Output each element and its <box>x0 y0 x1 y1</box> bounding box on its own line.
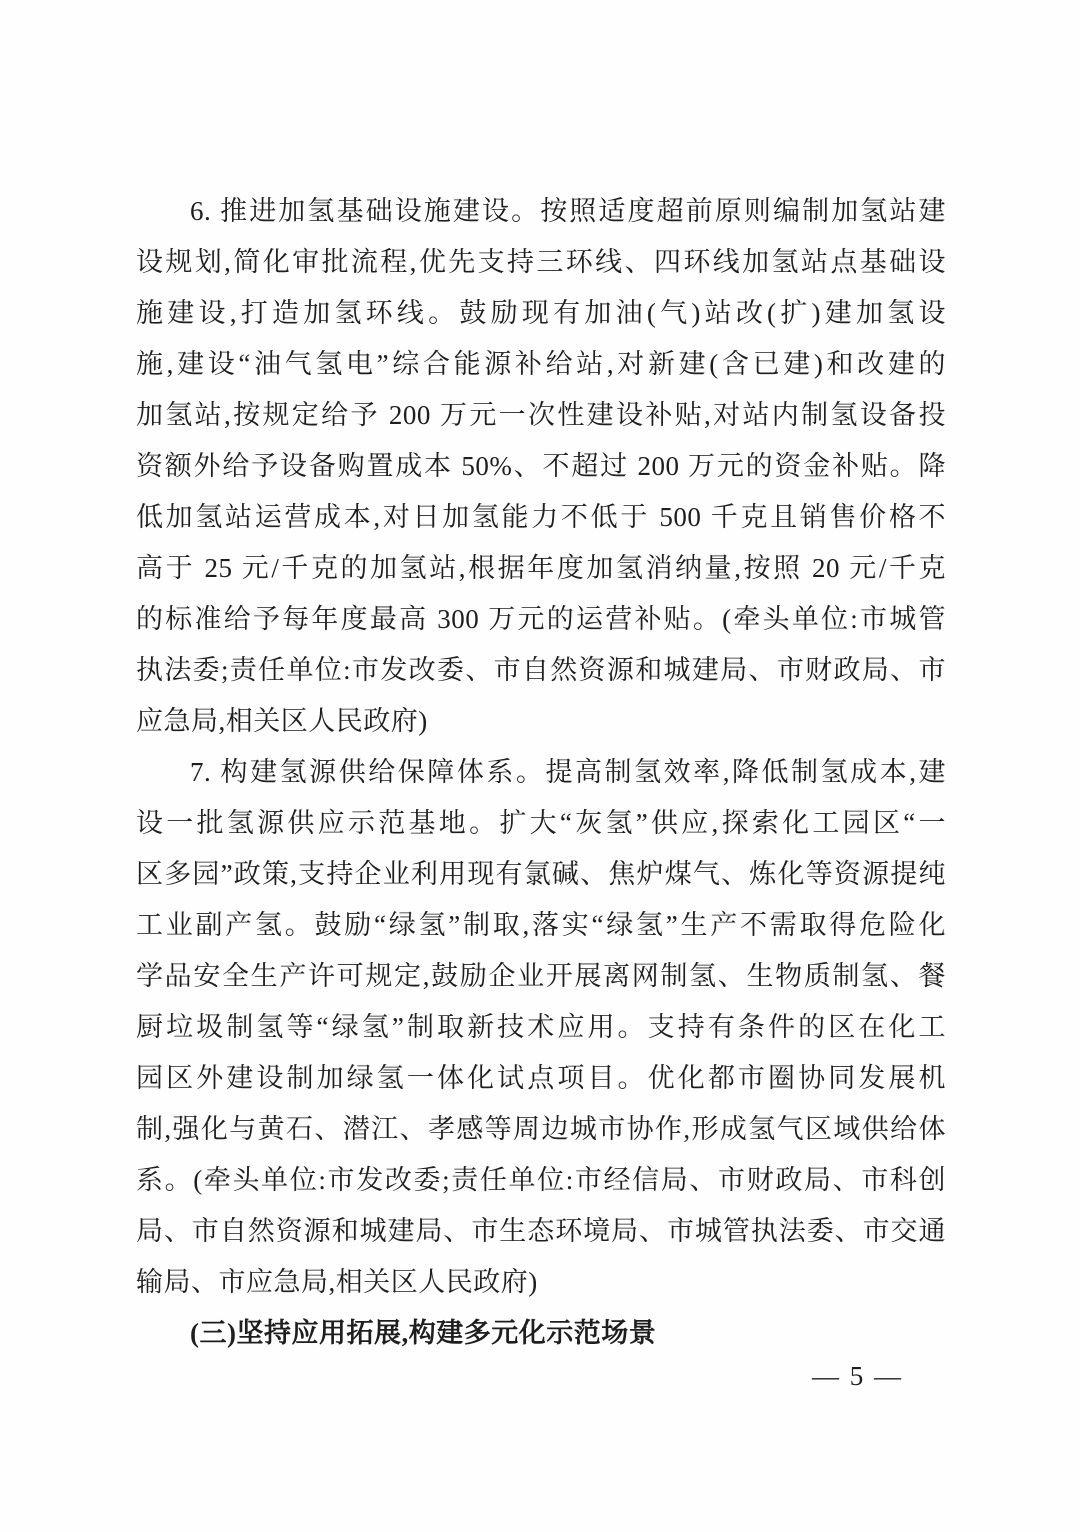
paragraph-7-line: 学品安全生产许可规定,鼓励企业开展离网制氢、生物质制氢、餐 <box>136 951 946 1002</box>
paragraph-6-line: 高于 25 元/千克的加氢站,根据年度加氢消纳量,按照 20 元/千克 <box>136 543 946 594</box>
paragraph-6-line: 施建设,打造加氢环线。鼓励现有加油(气)站改(扩)建加氢设 <box>136 288 946 339</box>
paragraph-7-line: 工业副产氢。鼓励“绿氢”制取,落实“绿氢”生产不需取得危险化 <box>136 900 946 951</box>
paragraph-7-line: 区多园”政策,支持企业利用现有氯碱、焦炉煤气、炼化等资源提纯 <box>136 849 946 900</box>
paragraph-7-line: 7. 构建氢源供给保障体系。提高制氢效率,降低制氢成本,建 <box>136 747 946 798</box>
paragraph-7-line: 输局、市应急局,相关区人民政府) <box>136 1257 946 1308</box>
text-block: 6. 推进加氢基础设施建设。按照适度超前原则编制加氢站建 设规划,简化审批流程,… <box>136 186 946 1359</box>
paragraph-6-line: 设规划,简化审批流程,优先支持三环线、四环线加氢站点基础设 <box>136 237 946 288</box>
document-page: 6. 推进加氢基础设施建设。按照适度超前原则编制加氢站建 设规划,简化审批流程,… <box>0 0 1080 1532</box>
paragraph-6-line: 应急局,相关区人民政府) <box>136 696 946 747</box>
paragraph-7-line: 局、市自然资源和城建局、市生态环境局、市城管执法委、市交通运 <box>136 1206 946 1257</box>
paragraph-6-line: 施,建设“油气氢电”综合能源补给站,对新建(含已建)和改建的 <box>136 339 946 390</box>
paragraph-7-line: 厨垃圾制氢等“绿氢”制取新技术应用。支持有条件的区在化工 <box>136 1002 946 1053</box>
paragraph-6-line: 的标准给予每年度最高 300 万元的运营补贴。(牵头单位:市城管 <box>136 594 946 645</box>
paragraph-6-line: 6. 推进加氢基础设施建设。按照适度超前原则编制加氢站建 <box>136 186 946 237</box>
paragraph-6-line: 低加氢站运营成本,对日加氢能力不低于 500 千克且销售价格不 <box>136 492 946 543</box>
paragraph-7-line: 系。(牵头单位:市发改委;责任单位:市经信局、市财政局、市科创 <box>136 1155 946 1206</box>
paragraph-6-line: 执法委;责任单位:市发改委、市自然资源和城建局、市财政局、市 <box>136 645 946 696</box>
paragraph-7-line: 制,强化与黄石、潜江、孝感等周边城市协作,形成氢气区域供给体 <box>136 1104 946 1155</box>
paragraph-7-line: 设一批氢源供应示范基地。扩大“灰氢”供应,探索化工园区“一 <box>136 798 946 849</box>
paragraph-7-line: 园区外建设制加绿氢一体化试点项目。优化都市圈协同发展机 <box>136 1053 946 1104</box>
page-number: — 5 — <box>812 1360 903 1392</box>
paragraph-6-line: 资额外给予设备购置成本 50%、不超过 200 万元的资金补贴。降 <box>136 441 946 492</box>
paragraph-6-line: 加氢站,按规定给予 200 万元一次性建设补贴,对站内制氢设备投 <box>136 390 946 441</box>
section-heading: (三)坚持应用拓展,构建多元化示范场景 <box>136 1308 946 1359</box>
